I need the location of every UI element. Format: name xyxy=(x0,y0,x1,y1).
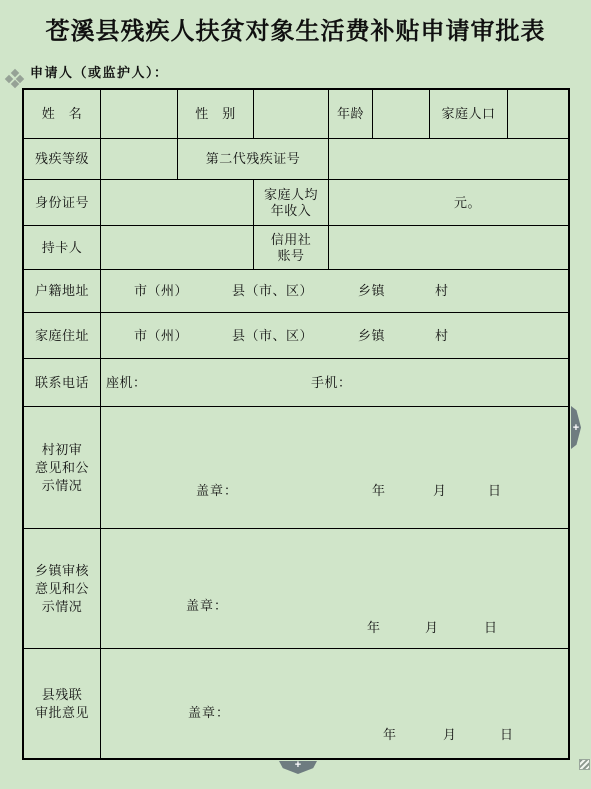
county-label: 县（市、区） xyxy=(232,283,313,299)
month-label: 月 xyxy=(443,727,457,743)
income-unit-label: 元。 xyxy=(454,195,481,211)
township-label: 乡镇 xyxy=(358,328,385,344)
table-row: 联系电话 座机： 手机： xyxy=(24,359,568,407)
phone-input-cell[interactable]: 座机： 手机： xyxy=(101,359,568,407)
mobile-label: 手机： xyxy=(311,375,352,391)
page-title: 苍溪县残疾人扶贫对象生活费补贴申请审批表 xyxy=(0,11,591,46)
seal-label: 盖章： xyxy=(186,598,228,614)
home-address-label: 家庭住址 xyxy=(24,313,101,359)
certificate-input-cell[interactable] xyxy=(329,139,568,180)
income-label: 家庭人均 年收入 xyxy=(254,180,329,226)
age-input-cell[interactable] xyxy=(373,90,430,139)
id-number-label: 身份证号 xyxy=(24,180,101,226)
county-approval-input-cell[interactable]: 盖章： 年 月 日 xyxy=(101,649,568,758)
village-review-input-cell[interactable]: 盖章： 年 月 日 xyxy=(101,407,568,529)
gender-input-cell[interactable] xyxy=(254,90,329,139)
day-label: 日 xyxy=(500,727,514,743)
city-label: 市（州） xyxy=(134,283,188,299)
table-expand-right-button[interactable]: + xyxy=(571,406,581,449)
age-label: 年龄 xyxy=(329,90,373,139)
applicant-label: 申请人（或监护人）： xyxy=(30,62,169,81)
table-row: 身份证号 家庭人均 年收入 元。 xyxy=(24,180,568,226)
household-input-cell[interactable] xyxy=(508,90,568,139)
township-review-input-cell[interactable]: 盖章： 年 月 日 xyxy=(101,529,568,649)
registered-address-label: 户籍地址 xyxy=(24,270,101,313)
table-row: 村初审 意见和公 示情况 盖章： 年 月 日 xyxy=(24,407,568,529)
seal-label: 盖章： xyxy=(196,483,238,499)
table-row: 乡镇审核 意见和公 示情况 盖章： 年 月 日 xyxy=(24,529,568,649)
registered-address-input-cell[interactable]: 市（州） 县（市、区） 乡镇 村 xyxy=(101,270,568,313)
month-label: 月 xyxy=(425,620,439,636)
gender-label: 性 别 xyxy=(178,90,254,139)
village-review-label: 村初审 意见和公 示情况 xyxy=(24,407,101,529)
document-page: 苍溪县残疾人扶贫对象生活费补贴申请审批表 申请人（或监护人）： 姓 名 性 别 … xyxy=(0,0,591,789)
disability-grade-input-cell[interactable] xyxy=(101,139,178,180)
year-label: 年 xyxy=(372,483,386,499)
seal-label: 盖章： xyxy=(188,705,230,721)
city-label: 市（州） xyxy=(134,328,188,344)
income-input-cell[interactable]: 元。 xyxy=(329,180,568,226)
account-input-cell[interactable] xyxy=(329,226,568,270)
resize-grip-icon[interactable] xyxy=(579,759,590,770)
day-label: 日 xyxy=(484,620,498,636)
landline-label: 座机： xyxy=(106,375,147,391)
table-row: 持卡人 信用社 账号 xyxy=(24,226,568,270)
cardholder-label: 持卡人 xyxy=(24,226,101,270)
county-approval-label: 县残联 审批意见 xyxy=(24,649,101,758)
disability-grade-label: 残疾等级 xyxy=(24,139,101,180)
certificate-label: 第二代残疾证号 xyxy=(178,139,329,180)
day-label: 日 xyxy=(488,483,502,499)
township-label: 乡镇 xyxy=(358,283,385,299)
table-expand-bottom-button[interactable]: + xyxy=(279,761,317,774)
table-row: 残疾等级 第二代残疾证号 xyxy=(24,139,568,180)
household-label: 家庭人口 xyxy=(430,90,508,139)
village-label: 村 xyxy=(435,283,449,299)
name-label: 姓 名 xyxy=(24,90,101,139)
cardholder-input-cell[interactable] xyxy=(101,226,254,270)
account-label: 信用社 账号 xyxy=(254,226,329,270)
application-form-table: 姓 名 性 别 年龄 家庭人口 残疾等级 第二代残疾证号 身份证号 家庭人均 年… xyxy=(22,88,570,760)
plus-icon: + xyxy=(573,422,579,434)
table-row: 家庭住址 市（州） 县（市、区） 乡镇 村 xyxy=(24,313,568,359)
village-label: 村 xyxy=(435,328,449,344)
table-move-handle-icon[interactable] xyxy=(6,70,23,87)
year-label: 年 xyxy=(367,620,381,636)
table-row: 县残联 审批意见 盖章： 年 月 日 xyxy=(24,649,568,758)
id-number-input-cell[interactable] xyxy=(101,180,254,226)
name-input-cell[interactable] xyxy=(101,90,178,139)
month-label: 月 xyxy=(433,483,447,499)
home-address-input-cell[interactable]: 市（州） 县（市、区） 乡镇 村 xyxy=(101,313,568,359)
township-review-label: 乡镇审核 意见和公 示情况 xyxy=(24,529,101,649)
table-row: 姓 名 性 别 年龄 家庭人口 xyxy=(24,90,568,139)
phone-label: 联系电话 xyxy=(24,359,101,407)
table-row: 户籍地址 市（州） 县（市、区） 乡镇 村 xyxy=(24,270,568,313)
plus-icon: + xyxy=(295,761,301,770)
year-label: 年 xyxy=(383,727,397,743)
county-label: 县（市、区） xyxy=(232,328,313,344)
